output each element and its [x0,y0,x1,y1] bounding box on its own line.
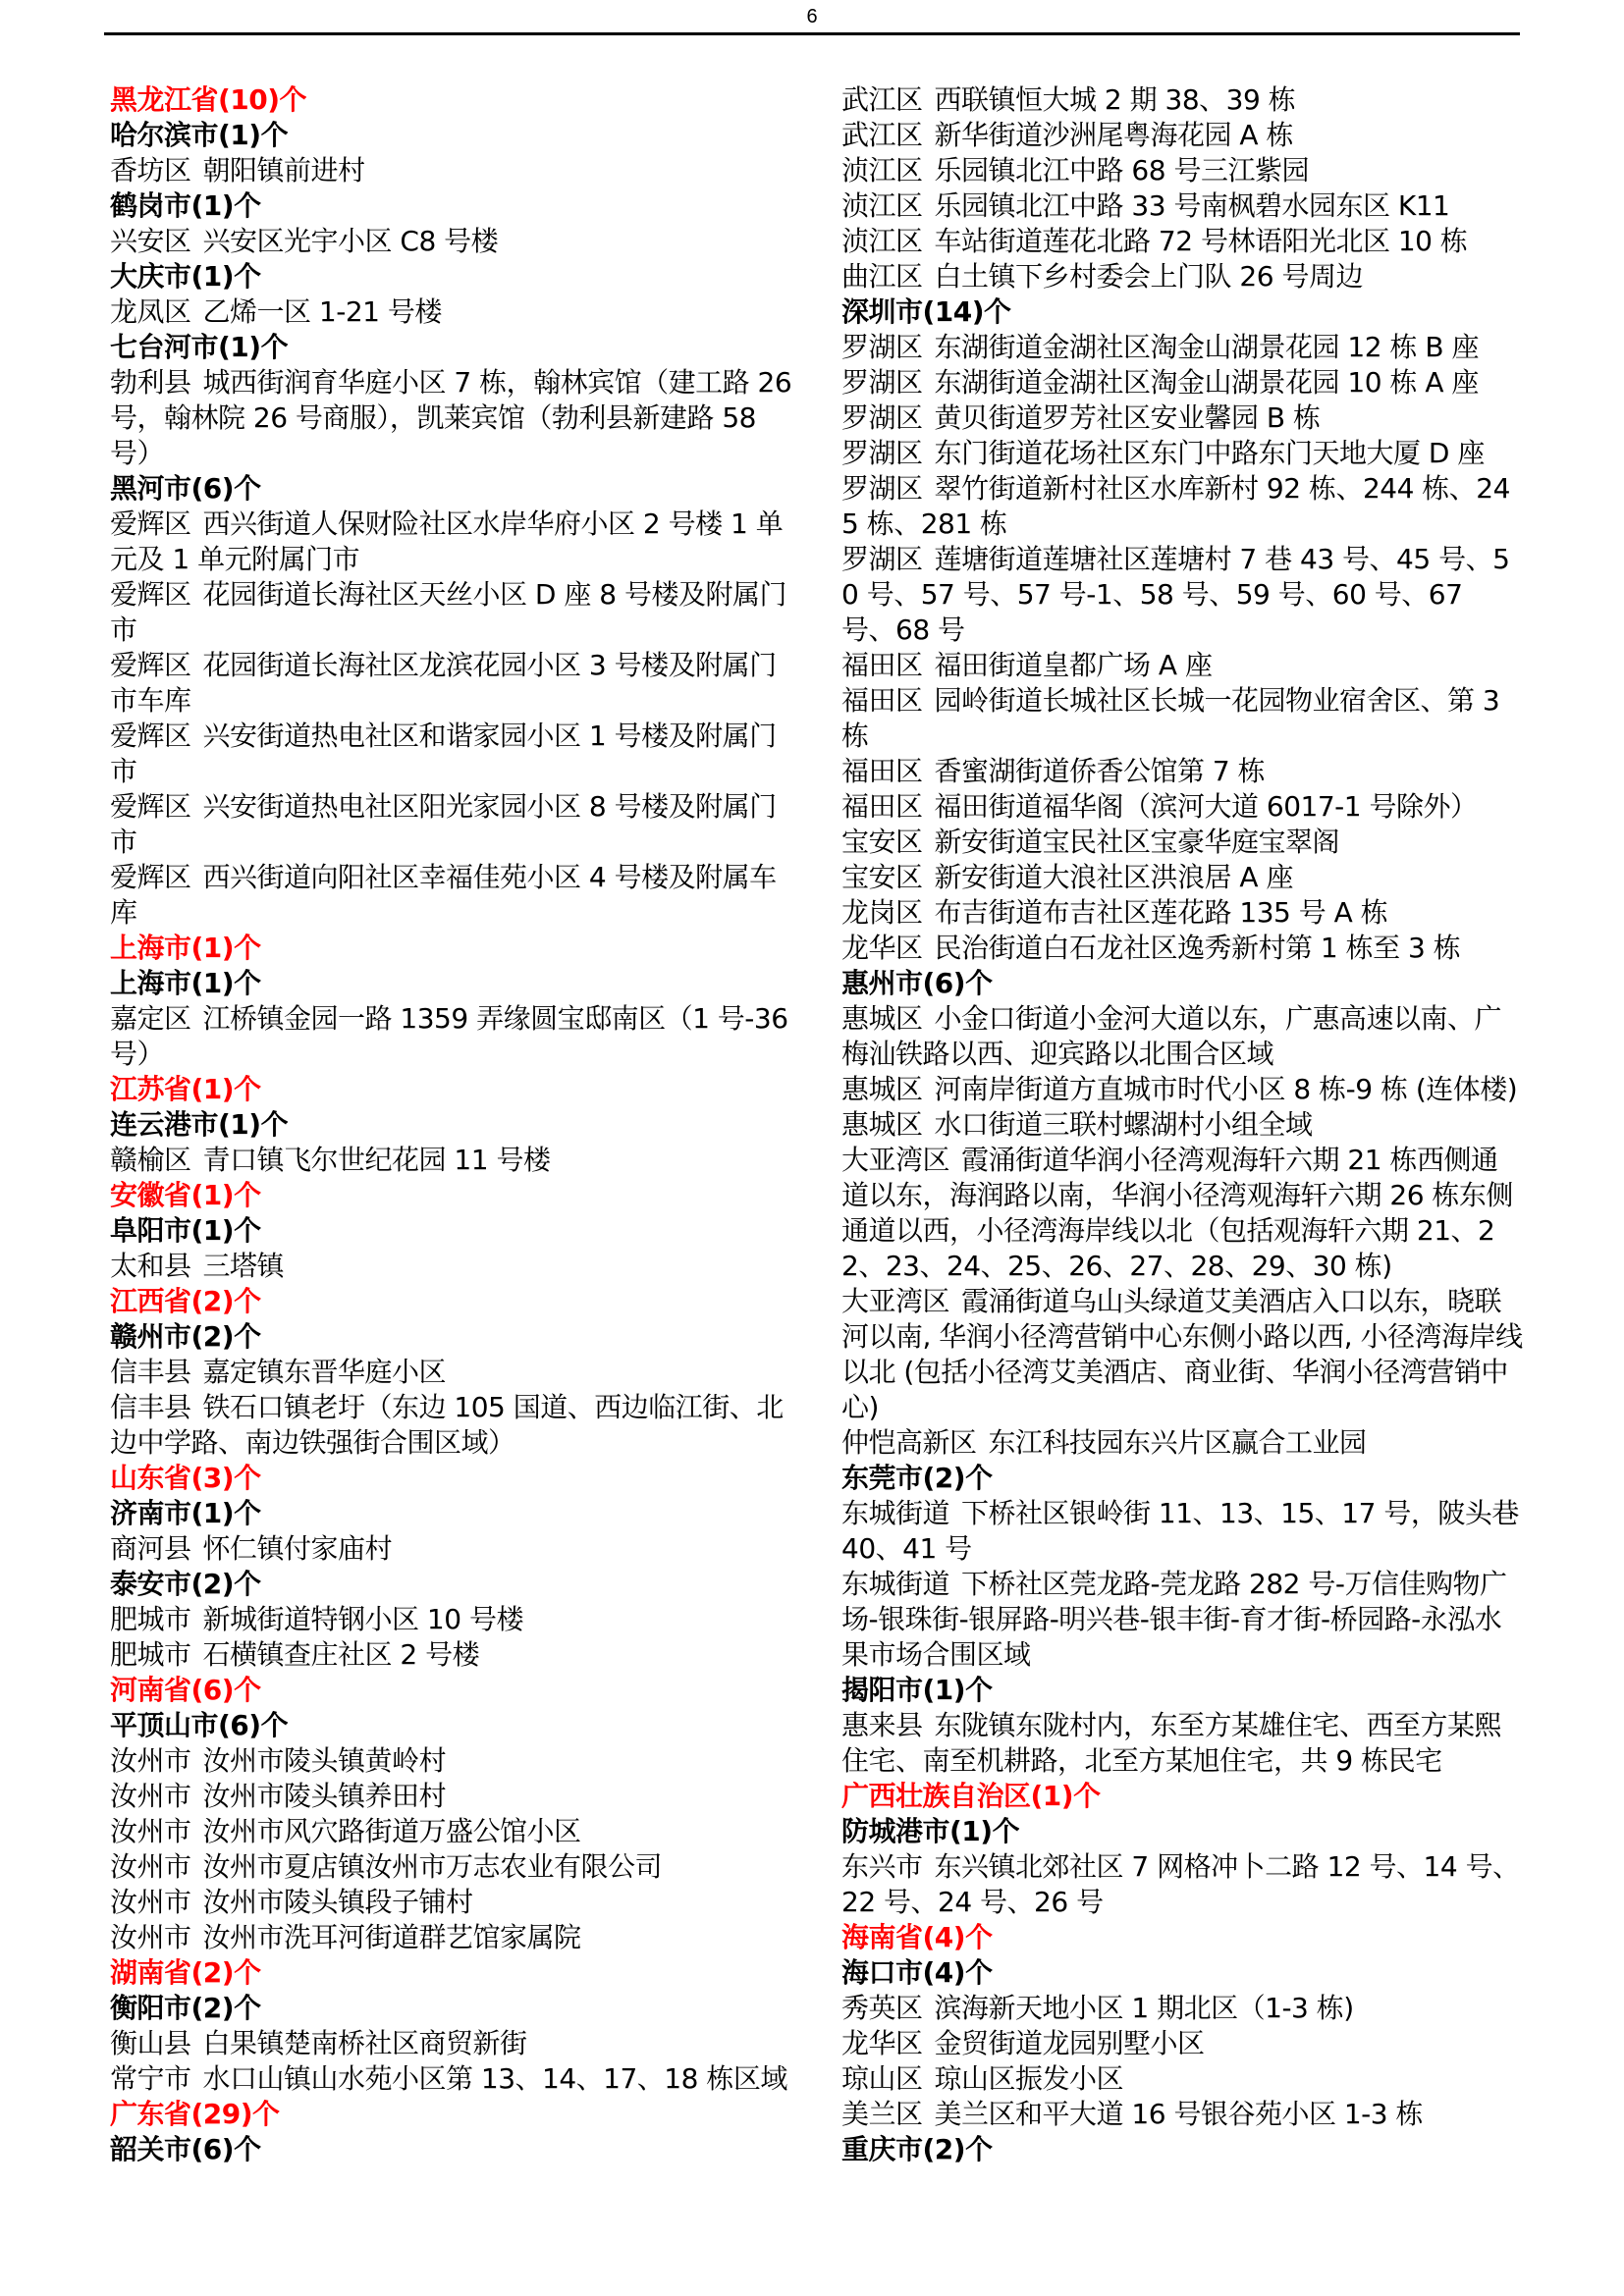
district-name: 惠城区 [841,1108,923,1141]
address-entry: 惠城区小金口街道小金河大道以东，广惠高速以南、广梅汕铁路以西、迎宾路以北围合区域 [841,1001,1524,1072]
district-name: 勃利县 [110,366,191,399]
district-name: 汝州市 [110,1850,191,1883]
address-text: 小金口街道小金河大道以东，广惠高速以南、广梅汕铁路以西、迎宾路以北围合区域 [841,1002,1501,1070]
city-heading: 济南市(1)个 [110,1496,792,1531]
province-heading: 上海市(1)个 [110,931,792,966]
left-column: 黑龙江省(10)个哈尔滨市(1)个香坊区朝阳镇前进村鹤岗市(1)个兴安区兴安区光… [110,82,792,2167]
address-entry: 仲恺高新区东江科技园东兴片区赢合工业园 [841,1425,1524,1461]
address-text: 江桥镇金园一路 1359 弄缘圆宝邸南区（1 号-36 号） [110,1002,788,1070]
address-text: 汝州市陵头镇段子铺村 [203,1886,473,1918]
district-name: 肥城市 [110,1638,191,1671]
district-name: 美兰区 [841,2098,923,2130]
address-text: 嘉定镇东晋华庭小区 [203,1356,447,1388]
district-name: 龙岗区 [841,896,923,929]
address-text: 东兴镇北郊社区 7 网格冲卜二路 12 号、14 号、22 号、24 号、26 … [841,1850,1520,1918]
address-text: 兴安区光宇小区 C8 号楼 [203,225,499,257]
address-text: 汝州市洗耳河街道群艺馆家属院 [203,1921,581,1953]
address-text: 西联镇恒大城 2 期 38、39 栋 [935,83,1296,116]
district-name: 龙华区 [841,2027,923,2059]
district-name: 爱辉区 [110,720,191,752]
address-text: 铁石口镇老圩（东边 105 国道、西边临江街、北边中学路、南边铁强街合围区域） [110,1391,784,1459]
address-entry: 福田区福田街道福华阁（滨河大道 6017-1 号除外） [841,789,1524,825]
address-text: 青口镇飞尔世纪花园 11 号楼 [203,1144,551,1176]
district-name: 琼山区 [841,2062,923,2095]
address-entry: 宝安区新安街道宝民社区宝豪华庭宝翠阁 [841,825,1524,860]
address-text: 兴安街道热电社区阳光家园小区 8 号楼及附属门市 [110,790,777,858]
address-text: 黄贝街道罗芳社区安业馨园 B 栋 [935,401,1321,434]
city-heading: 韶关市(6)个 [110,2132,792,2167]
address-entry: 福田区园岭街道长城社区长城一花园物业宿舍区、第 3 栋 [841,683,1524,754]
header-rule [104,32,1520,35]
address-text: 金贸街道龙园别墅小区 [935,2027,1205,2059]
district-name: 常宁市 [110,2062,191,2095]
address-entry: 龙华区金贸街道龙园别墅小区 [841,2026,1524,2061]
district-name: 爱辉区 [110,507,191,540]
city-heading: 连云港市(1)个 [110,1107,792,1143]
address-entry: 兴安区兴安区光宇小区 C8 号楼 [110,224,792,259]
address-text: 东湖街道金湖社区淘金山湖景花园 10 栋 A 座 [935,366,1479,399]
province-heading: 广西壮族自治区(1)个 [841,1779,1524,1814]
district-name: 大亚湾区 [841,1144,949,1176]
district-name: 浈江区 [841,225,923,257]
address-text: 乐园镇北江中路 68 号三江紫园 [935,154,1309,187]
city-heading: 东莞市(2)个 [841,1461,1524,1496]
province-heading: 山东省(3)个 [110,1461,792,1496]
district-name: 罗湖区 [841,472,923,505]
district-name: 嘉定区 [110,1002,191,1035]
address-entry: 爱辉区兴安街道热电社区和谐家园小区 1 号楼及附属门市 [110,719,792,789]
district-name: 福田区 [841,684,923,717]
district-name: 汝州市 [110,1744,191,1777]
district-name: 秀英区 [841,1992,923,2024]
district-name: 仲恺高新区 [841,1426,977,1459]
district-name: 罗湖区 [841,366,923,399]
address-text: 三塔镇 [203,1250,285,1282]
address-entry: 浈江区车站街道莲花北路 72 号林语阳光北区 10 栋 [841,224,1524,259]
district-name: 爱辉区 [110,578,191,611]
city-heading: 衡阳市(2)个 [110,1991,792,2026]
district-name: 汝州市 [110,1815,191,1847]
address-entry: 罗湖区莲塘街道莲塘社区莲塘村 7 巷 43 号、45 号、50 号、57 号、5… [841,542,1524,648]
district-name: 香坊区 [110,154,191,187]
address-text: 水口山镇山水苑小区第 13、14、17、18 栋区域 [203,2062,787,2095]
address-entry: 福田区香蜜湖街道侨香公馆第 7 栋 [841,754,1524,789]
address-entry: 爱辉区西兴街道人保财险社区水岸华府小区 2 号楼 1 单元及 1 单元附属门市 [110,507,792,577]
city-heading: 海口市(4)个 [841,1955,1524,1991]
address-entry: 汝州市汝州市陵头镇养田村 [110,1779,792,1814]
address-entry: 爱辉区花园街道长海社区天丝小区 D 座 8 号楼及附属门市 [110,577,792,648]
district-name: 惠城区 [841,1002,923,1035]
address-text: 滨海新天地小区 1 期北区（1-3 栋) [935,1992,1354,2024]
address-entry: 嘉定区江桥镇金园一路 1359 弄缘圆宝邸南区（1 号-36 号） [110,1001,792,1072]
address-text: 河南岸街道方直城市时代小区 8 栋-9 栋 (连体楼) [935,1073,1518,1105]
address-text: 白土镇下乡村委会上门队 26 号周边 [935,260,1363,293]
district-name: 肥城市 [110,1603,191,1635]
address-text: 福田街道皇都广场 A 座 [935,649,1213,681]
district-name: 浈江区 [841,189,923,222]
province-heading: 黑龙江省(10)个 [110,82,792,118]
address-text: 花园街道长海社区天丝小区 D 座 8 号楼及附属门市 [110,578,786,646]
district-name: 福田区 [841,755,923,787]
address-entry: 浈江区乐园镇北江中路 33 号南枫碧水园东区 K11 [841,188,1524,224]
address-entry: 美兰区美兰区和平大道 16 号银谷苑小区 1-3 栋 [841,2097,1524,2132]
address-text: 福田街道福华阁（滨河大道 6017-1 号除外） [935,790,1478,823]
address-text: 新安街道宝民社区宝豪华庭宝翠阁 [935,826,1340,858]
address-entry: 惠城区河南岸街道方直城市时代小区 8 栋-9 栋 (连体楼) [841,1072,1524,1107]
address-text: 东陇镇东陇村内，东至方某雄住宅、西至方某熙住宅、南至机耕路，北至方某旭住宅，共 … [841,1709,1501,1777]
address-text: 乙烯一区 1-21 号楼 [203,295,442,328]
district-name: 爱辉区 [110,649,191,681]
province-heading: 江苏省(1)个 [110,1072,792,1107]
address-entry: 东城街道下桥社区莞龙路-莞龙路 282 号-万信佳购物广场-银珠街-银屏路-明兴… [841,1567,1524,1673]
address-entry: 龙凤区乙烯一区 1-21 号楼 [110,294,792,330]
address-text: 石横镇查庄社区 2 号楼 [203,1638,480,1671]
address-entry: 龙岗区布吉街道布吉社区莲花路 135 号 A 栋 [841,895,1524,931]
province-heading: 海南省(4)个 [841,1920,1524,1955]
city-heading: 上海市(1)个 [110,966,792,1001]
district-name: 东兴市 [841,1850,923,1883]
address-entry: 爱辉区西兴街道向阳社区幸福佳苑小区 4 号楼及附属车库 [110,860,792,931]
address-entry: 信丰县嘉定镇东晋华庭小区 [110,1355,792,1390]
district-name: 浈江区 [841,154,923,187]
city-heading: 惠州市(6)个 [841,966,1524,1001]
province-heading: 湖南省(2)个 [110,1955,792,1991]
address-entry: 汝州市汝州市洗耳河街道群艺馆家属院 [110,1920,792,1955]
address-entry: 爱辉区兴安街道热电社区阳光家园小区 8 号楼及附属门市 [110,789,792,860]
city-heading: 平顶山市(6)个 [110,1708,792,1743]
address-entry: 惠来县东陇镇东陇村内，东至方某雄住宅、西至方某熙住宅、南至机耕路，北至方某旭住宅… [841,1708,1524,1779]
address-text: 园岭街道长城社区长城一花园物业宿舍区、第 3 栋 [841,684,1499,752]
address-entry: 罗湖区东湖街道金湖社区淘金山湖景花园 12 栋 B 座 [841,330,1524,365]
district-name: 曲江区 [841,260,923,293]
address-entry: 大亚湾区霞涌街道乌山头绿道艾美酒店入口以东，晓联河以南, 华润小径湾营销中心东侧… [841,1284,1524,1425]
district-name: 罗湖区 [841,401,923,434]
city-heading: 哈尔滨市(1)个 [110,118,792,153]
address-text: 兴安街道热电社区和谐家园小区 1 号楼及附属门市 [110,720,777,787]
address-text: 东湖街道金湖社区淘金山湖景花园 12 栋 B 座 [935,331,1479,363]
address-text: 汝州市夏店镇汝州市万志农业有限公司 [203,1850,663,1883]
district-name: 龙凤区 [110,295,191,328]
page-number: 6 [0,4,1624,29]
district-name: 赣榆区 [110,1144,191,1176]
address-entry: 常宁市水口山镇山水苑小区第 13、14、17、18 栋区域 [110,2061,792,2097]
address-entry: 衡山县白果镇楚南桥社区商贸新街 [110,2026,792,2061]
address-text: 布吉街道布吉社区莲花路 135 号 A 栋 [935,896,1388,929]
address-entry: 福田区福田街道皇都广场 A 座 [841,648,1524,683]
district-name: 衡山县 [110,2027,191,2059]
address-text: 民治街道白石龙社区逸秀新村第 1 栋至 3 栋 [935,932,1461,964]
address-text: 怀仁镇付家庙村 [203,1532,393,1565]
district-name: 龙华区 [841,932,923,964]
city-heading: 鹤岗市(1)个 [110,188,792,224]
city-heading: 阜阳市(1)个 [110,1213,792,1249]
district-name: 信丰县 [110,1391,191,1423]
city-heading: 七台河市(1)个 [110,330,792,365]
address-entry: 琼山区琼山区振发小区 [841,2061,1524,2097]
district-name: 东城街道 [841,1497,949,1529]
district-name: 商河县 [110,1532,191,1565]
district-name: 宝安区 [841,826,923,858]
address-entry: 汝州市汝州市风穴路街道万盛公馆小区 [110,1814,792,1849]
address-text: 汝州市陵头镇养田村 [203,1780,447,1812]
address-entry: 惠城区水口街道三联村螺湖村小组全域 [841,1107,1524,1143]
city-heading: 泰安市(2)个 [110,1567,792,1602]
address-entry: 大亚湾区霞涌街道华润小径湾观海轩六期 21 栋西侧通道以东，海润路以南，华润小径… [841,1143,1524,1284]
address-entry: 肥城市新城街道特钢小区 10 号楼 [110,1602,792,1637]
address-entry: 汝州市汝州市陵头镇段子铺村 [110,1885,792,1920]
district-name: 大亚湾区 [841,1285,949,1317]
address-entry: 香坊区朝阳镇前进村 [110,153,792,188]
address-text: 汝州市风穴路街道万盛公馆小区 [203,1815,581,1847]
district-name: 兴安区 [110,225,191,257]
address-text: 车站街道莲花北路 72 号林语阳光北区 10 栋 [935,225,1468,257]
district-name: 福田区 [841,649,923,681]
address-entry: 东兴市东兴镇北郊社区 7 网格冲卜二路 12 号、14 号、22 号、24 号、… [841,1849,1524,1920]
address-text: 琼山区振发小区 [935,2062,1124,2095]
address-entry: 东城街道下桥社区银岭街 11、13、15、17 号，陂头巷 40、41 号 [841,1496,1524,1567]
district-name: 武江区 [841,83,923,116]
district-name: 罗湖区 [841,437,923,469]
address-entry: 赣榆区青口镇飞尔世纪花园 11 号楼 [110,1143,792,1178]
address-entry: 武江区西联镇恒大城 2 期 38、39 栋 [841,82,1524,118]
right-column: 武江区西联镇恒大城 2 期 38、39 栋武江区新华街道沙洲尾粤海花园 A 栋浈… [841,82,1524,2167]
address-text: 花园街道长海社区龙滨花园小区 3 号楼及附属门市车库 [110,649,777,717]
district-name: 福田区 [841,790,923,823]
address-text: 城西街润育华庭小区 7 栋，翰林宾馆（建工路 26 号，翰林院 26 号商服），… [110,366,791,469]
address-entry: 勃利县城西街润育华庭小区 7 栋，翰林宾馆（建工路 26 号，翰林院 26 号商… [110,365,792,471]
district-name: 罗湖区 [841,331,923,363]
city-heading: 大庆市(1)个 [110,259,792,294]
city-heading: 揭阳市(1)个 [841,1673,1524,1708]
address-entry: 宝安区新安街道大浪社区洪浪居 A 座 [841,860,1524,895]
address-text: 汝州市陵头镇黄岭村 [203,1744,447,1777]
address-entry: 肥城市石横镇查庄社区 2 号楼 [110,1637,792,1673]
province-heading: 江西省(2)个 [110,1284,792,1319]
district-name: 爱辉区 [110,861,191,893]
district-name: 爱辉区 [110,790,191,823]
address-entry: 汝州市汝州市陵头镇黄岭村 [110,1743,792,1779]
address-text: 新安街道大浪社区洪浪居 A 座 [935,861,1293,893]
address-entry: 罗湖区翠竹街道新村社区水库新村 92 栋、244 栋、245 栋、281 栋 [841,471,1524,542]
district-name: 惠来县 [841,1709,923,1741]
district-name: 罗湖区 [841,543,923,575]
province-heading: 广东省(29)个 [110,2097,792,2132]
city-heading: 黑河市(6)个 [110,471,792,507]
city-heading: 赣州市(2)个 [110,1319,792,1355]
address-text: 美兰区和平大道 16 号银谷苑小区 1-3 栋 [935,2098,1423,2130]
province-heading: 安徽省(1)个 [110,1178,792,1213]
district-name: 东城街道 [841,1568,949,1600]
district-name: 太和县 [110,1250,191,1282]
address-text: 翠竹街道新村社区水库新村 92 栋、244 栋、245 栋、281 栋 [841,472,1510,540]
district-name: 汝州市 [110,1886,191,1918]
district-name: 汝州市 [110,1921,191,1953]
address-entry: 曲江区白土镇下乡村委会上门队 26 号周边 [841,259,1524,294]
address-text: 香蜜湖街道侨香公馆第 7 栋 [935,755,1266,787]
address-text: 新城街道特钢小区 10 号楼 [203,1603,523,1635]
province-heading: 河南省(6)个 [110,1673,792,1708]
address-entry: 浈江区乐园镇北江中路 68 号三江紫园 [841,153,1524,188]
address-text: 莲塘街道莲塘社区莲塘村 7 巷 43 号、45 号、50 号、57 号、57 号… [841,543,1509,646]
address-entry: 罗湖区东湖街道金湖社区淘金山湖景花园 10 栋 A 座 [841,365,1524,400]
address-entry: 罗湖区黄贝街道罗芳社区安业馨园 B 栋 [841,400,1524,436]
district-name: 惠城区 [841,1073,923,1105]
address-entry: 信丰县铁石口镇老圩（东边 105 国道、西边临江街、北边中学路、南边铁强街合围区… [110,1390,792,1461]
city-heading: 重庆市(2)个 [841,2132,1524,2167]
district-name: 汝州市 [110,1780,191,1812]
city-heading: 深圳市(14)个 [841,294,1524,330]
address-text: 东门街道花场社区东门中路东门天地大厦 D 座 [935,437,1485,469]
address-text: 东江科技园东兴片区赢合工业园 [989,1426,1367,1459]
address-entry: 罗湖区东门街道花场社区东门中路东门天地大厦 D 座 [841,436,1524,471]
address-text: 新华街道沙洲尾粤海花园 A 栋 [935,119,1293,151]
address-text: 西兴街道向阳社区幸福佳苑小区 4 号楼及附属车库 [110,861,777,929]
district-name: 武江区 [841,119,923,151]
address-text: 乐园镇北江中路 33 号南枫碧水园东区 K11 [935,189,1450,222]
address-entry: 爱辉区花园街道长海社区龙滨花园小区 3 号楼及附属门市车库 [110,648,792,719]
address-entry: 龙华区民治街道白石龙社区逸秀新村第 1 栋至 3 栋 [841,931,1524,966]
district-name: 宝安区 [841,861,923,893]
address-entry: 太和县三塔镇 [110,1249,792,1284]
address-entry: 汝州市汝州市夏店镇汝州市万志农业有限公司 [110,1849,792,1885]
address-entry: 秀英区滨海新天地小区 1 期北区（1-3 栋) [841,1991,1524,2026]
address-text: 水口街道三联村螺湖村小组全域 [935,1108,1313,1141]
address-text: 白果镇楚南桥社区商贸新街 [203,2027,527,2059]
address-entry: 商河县怀仁镇付家庙村 [110,1531,792,1567]
city-heading: 防城港市(1)个 [841,1814,1524,1849]
address-entry: 武江区新华街道沙洲尾粤海花园 A 栋 [841,118,1524,153]
district-name: 信丰县 [110,1356,191,1388]
address-text: 朝阳镇前进村 [203,154,365,187]
address-text: 西兴街道人保财险社区水岸华府小区 2 号楼 1 单元及 1 单元附属门市 [110,507,783,575]
